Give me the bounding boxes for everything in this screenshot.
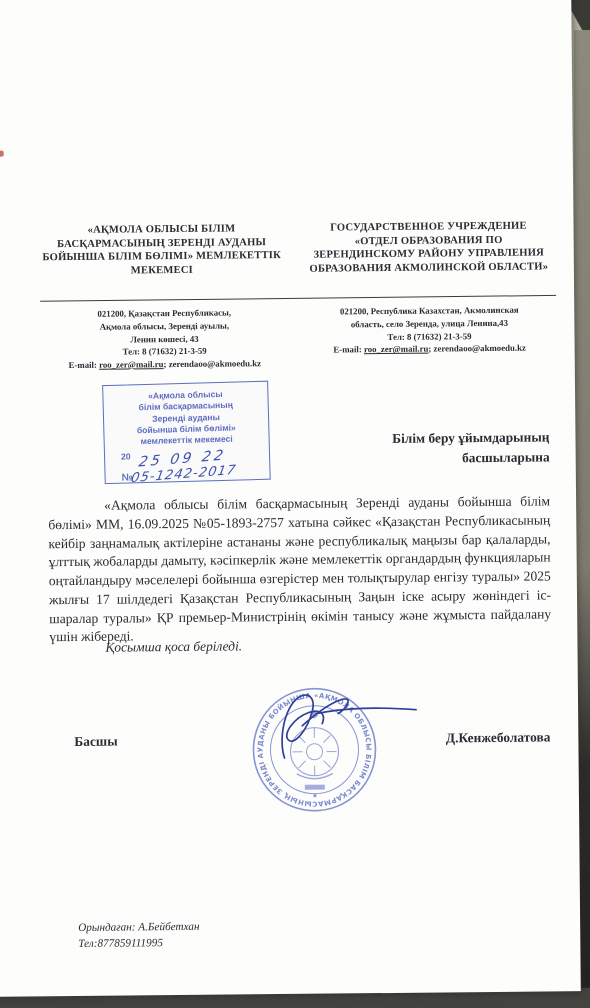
org-name-russian: ГОСУДАРСТВЕННОЕ УЧРЕЖДЕНИЕ «ОТДЕЛ ОБРАЗО…: [307, 219, 550, 276]
executor-phone: Тел:877859111995: [78, 935, 200, 952]
email-address: roo_zer@mail.ru: [364, 344, 429, 355]
email-label: E-mail:: [333, 344, 364, 354]
registration-stamp: «Ақмола облысы білім басқармасының Зерен…: [102, 381, 271, 485]
contact-block-russian: 021200, Республика Казахстан, Акмолинска…: [308, 303, 551, 369]
contact-blocks: 021200, Қазақстан Республикасы, Ақмола о…: [34, 303, 551, 372]
email-secondary: ; zerendaoo@akmoedu.kz: [163, 358, 261, 369]
signer-name: Д.Кенжеболатова: [446, 729, 551, 746]
signature-icon: [250, 679, 431, 771]
address-line: 021200, Республика Казахстан, Акмолинска…: [308, 303, 550, 318]
email-label: E-mail:: [68, 360, 99, 370]
letterhead: «АҚМОЛА ОБЛЫСЫ БІЛІМ БАСҚАРМАСЫНЫҢ ЗЕРЕН…: [33, 219, 549, 278]
attachment-note: Қосымша қоса беріледі.: [49, 635, 551, 656]
org-name-kazakh: «АҚМОЛА ОБЛЫСЫ БІЛІМ БАСҚАРМАСЫНЫҢ ЗЕРЕН…: [33, 222, 290, 279]
red-edge-mark: [0, 151, 4, 157]
letterhead-divider: [40, 295, 556, 302]
contact-block-kazakh: 021200, Қазақстан Республикасы, Ақмола о…: [34, 306, 295, 372]
email-line: E-mail: roo_zer@mail.ru; zerendaoo@akmoe…: [309, 342, 551, 357]
addressee: Білім беру ұйымдарының басшыларына: [315, 427, 549, 469]
executor-block: Орындаған: А.Бейбетхан Тел:877859111995: [78, 919, 200, 953]
signer-title: Басшы: [74, 734, 117, 750]
email-secondary: ; zerendaoo@akmoedu.kz: [428, 343, 526, 354]
email-address: roo_zer@mail.ru: [99, 359, 164, 370]
letter-body: «Ақмола облысы білім басқармасының Зерен…: [48, 492, 551, 647]
scanned-letter-page: «АҚМОЛА ОБЛЫСЫ БІЛІМ БАСҚАРМАСЫНЫҢ ЗЕРЕН…: [0, 0, 581, 997]
email-line: E-mail: roo_zer@mail.ru; zerendaoo@akmoe…: [35, 357, 295, 372]
executor-name: Орындаған: А.Бейбетхан: [78, 919, 200, 936]
